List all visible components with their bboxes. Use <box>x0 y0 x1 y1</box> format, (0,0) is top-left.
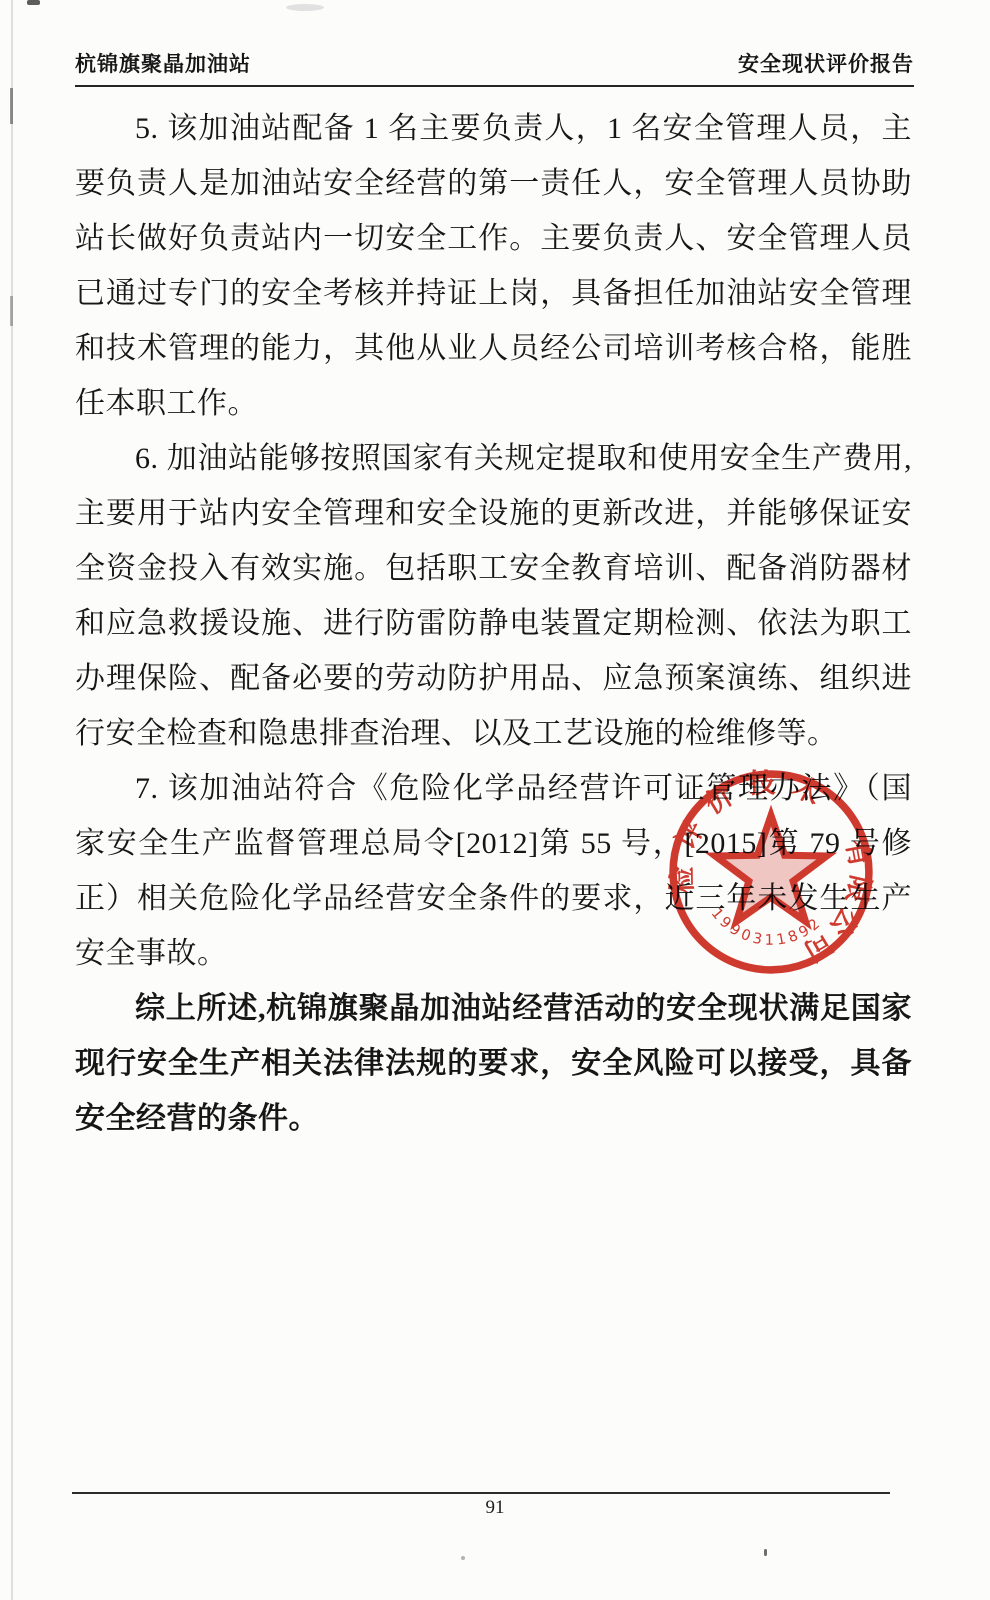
paragraph-item-7: 7. 该加油站符合《危险化学品经营许可证管理办法》（国家安全生产监督管理总局令[… <box>75 761 912 981</box>
scan-speck <box>27 0 40 5</box>
scan-scratch-line <box>11 0 13 1600</box>
header-right-title: 安全现状评价报告 <box>738 48 914 78</box>
document-body: 5. 该加油站配备 1 名主要负责人，1 名安全管理人员，主要负责人是加油站安全… <box>75 101 912 1146</box>
scan-speck <box>764 1549 767 1556</box>
paragraph-item-6: 6. 加油站能够按照国家有关规定提取和使用安全生产费用,主要用于站内安全管理和安… <box>75 431 912 761</box>
header-left-title: 杭锦旗聚晶加油站 <box>75 48 251 78</box>
page-number: 91 <box>0 1497 990 1519</box>
scan-speck <box>461 1556 465 1560</box>
paragraph-conclusion: 综上所述,杭锦旗聚晶加油站经营活动的安全现状满足国家现行安全生产相关法律法规的要… <box>75 981 912 1146</box>
scan-scratch-segment <box>10 88 13 124</box>
scan-scratch-segment <box>10 296 13 326</box>
paragraph-item-5: 5. 该加油站配备 1 名主要负责人，1 名安全管理人员，主要负责人是加油站安全… <box>75 101 912 431</box>
footer-rule <box>72 1492 890 1494</box>
page-header: 杭锦旗聚晶加油站 安全现状评价报告 <box>75 48 914 87</box>
scan-speck <box>286 4 324 11</box>
document-page: 杭锦旗聚晶加油站 安全现状评价报告 5. 该加油站配备 1 名主要负责人，1 名… <box>0 0 990 1600</box>
